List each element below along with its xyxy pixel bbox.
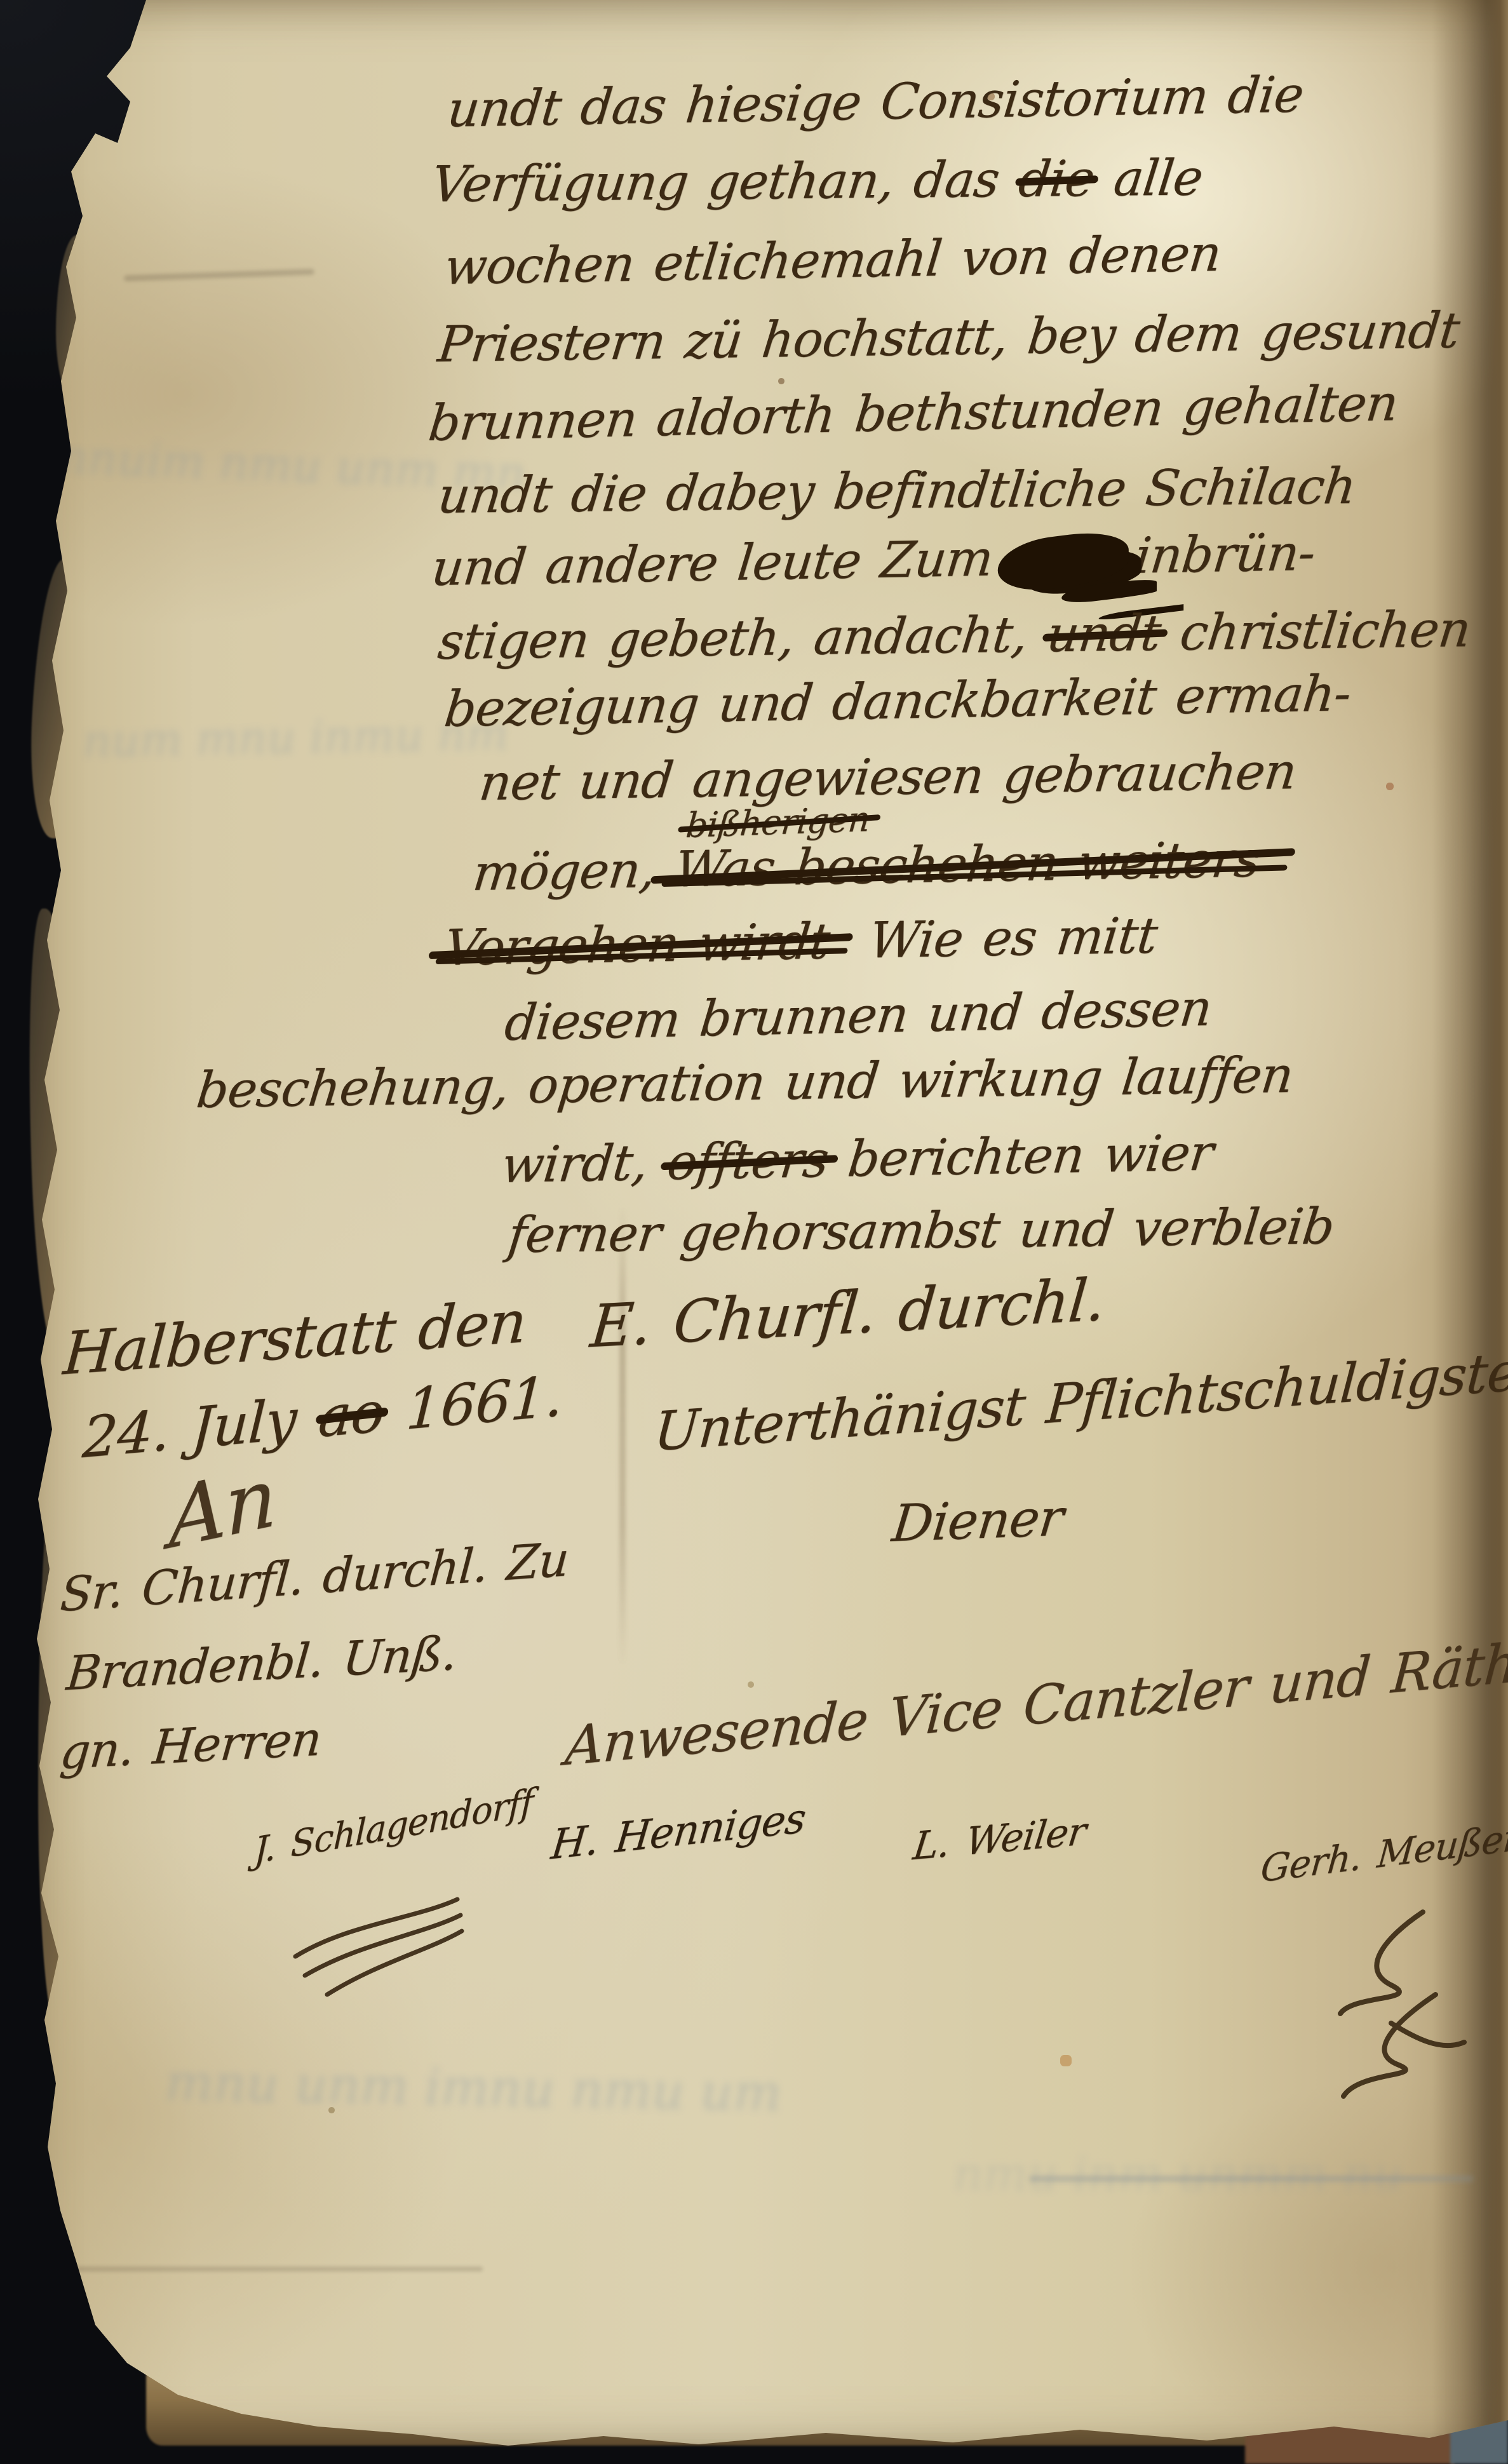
body-text: mögen, xyxy=(470,841,678,902)
struck-word: offters xyxy=(664,1131,831,1192)
signature: L. Weiler xyxy=(911,1809,1089,1869)
attendance-line: Anwesende Vice Cantzler und Räthe, xyxy=(563,1627,1508,1778)
signature-paraph xyxy=(289,1880,467,2001)
body-line: mögen, Was beschehen weiters xyxy=(470,831,1262,902)
manuscript-page: mnuim nmu unm mn num mnu inmu nm mnu unm… xyxy=(0,0,1508,2464)
body-line: undt das hiesige Consistorium die xyxy=(445,66,1306,138)
body-text: alle xyxy=(1091,149,1206,208)
body-line: bezeigung und danckbarkeit ermah- xyxy=(441,665,1353,738)
body-text: diesem brunnen und dessen xyxy=(502,980,1214,1052)
paper-specks xyxy=(0,0,3,3)
body-line: undt die dabey befindtliche Schilach xyxy=(435,458,1359,525)
signature: J. Schlagendorff xyxy=(253,1781,534,1873)
paper-crease xyxy=(619,1207,626,1664)
body-text: undt die dabey befindtliche Schilach xyxy=(435,458,1359,525)
body-text: Wie es mitt xyxy=(826,907,1159,970)
body-text: brunnen aldorth bethstunden gehalten xyxy=(426,375,1400,452)
date-text: 24. July xyxy=(81,1384,320,1471)
body-line: stigen gebeth, andacht, undt christliche… xyxy=(435,601,1473,671)
body-line: brunnen aldorth bethstunden gehalten xyxy=(426,375,1400,452)
struck-word: undt xyxy=(1044,605,1164,663)
body-line: Verfügung gethan, das die alle xyxy=(429,149,1206,213)
address-line: Brandenbl. Unß. xyxy=(64,1626,459,1702)
body-line: net und angewiesen gebrauchen xyxy=(476,743,1299,812)
struck-passage: Was beschehen weiters xyxy=(672,831,1262,898)
body-line: wirdt, offters berichten wier xyxy=(499,1124,1215,1194)
body-text: net und angewiesen gebrauchen xyxy=(476,743,1299,812)
ink-smudge xyxy=(76,2266,483,2272)
closing-salutation: E. Churfl. durchl. xyxy=(588,1265,1107,1361)
bleedthrough-text: nmu inm unmm nu xyxy=(953,2147,1403,2202)
body-text: stigen gebeth, andacht, xyxy=(435,606,1051,671)
body-line: Priestern zü hochstatt, bey dem gesundt xyxy=(435,302,1462,374)
body-line: beschehung, operation und wirkung lauffe… xyxy=(194,1047,1296,1119)
body-text: Priestern zü hochstatt, bey dem gesundt xyxy=(435,302,1462,374)
body-text: christlichen xyxy=(1157,601,1473,662)
body-text: bezeigung und danckbarkeit ermah- xyxy=(441,665,1353,738)
body-text: ferner gehorsambst und verbleib xyxy=(505,1198,1337,1264)
address-line: Sr. Churfl. durchl. Zu xyxy=(58,1532,570,1623)
signature: H. Henniges xyxy=(549,1794,807,1869)
body-text: wochen etlichemahl von denen xyxy=(441,226,1223,296)
struck-abbreviation: ao xyxy=(317,1378,386,1450)
struck-word: die xyxy=(1016,151,1097,208)
ink-blot xyxy=(998,527,1129,595)
body-line: wochen etlichemahl von denen xyxy=(441,226,1223,296)
body-text: beschehung, operation und wirkung lauffe… xyxy=(194,1047,1296,1119)
closing-diener: Diener xyxy=(889,1488,1066,1553)
body-text: inbrün- xyxy=(1132,525,1317,585)
body-line: diesem brunnen und dessen xyxy=(502,980,1214,1052)
body-line: ferner gehorsambst und verbleib xyxy=(505,1198,1337,1264)
closing-subscription: Unterthänigst Pflichtschuldigste xyxy=(652,1340,1508,1464)
photograph-background: mnuim nmu unm mn num mnu inmu nm mnu unm… xyxy=(0,0,1508,2464)
bleedthrough-text: mnu unm imnu nmu um xyxy=(165,2053,782,2123)
body-text: wirdt, xyxy=(499,1134,670,1194)
body-text: berichten wier xyxy=(825,1124,1216,1188)
body-line: Vorgehen wirdt Wie es mitt xyxy=(441,907,1159,977)
ink-smudge xyxy=(124,269,314,281)
body-line: und andere leute Zuminbrün- xyxy=(429,525,1317,598)
docket-mark: An xyxy=(166,1449,277,1568)
address-line: gn. Herren xyxy=(58,1711,323,1780)
body-text: und andere leute Zum xyxy=(429,530,995,598)
body-text: Verfügung gethan, das xyxy=(429,151,1022,213)
body-text: undt das hiesige Consistorium die xyxy=(445,66,1306,138)
signature-paraph xyxy=(1315,1906,1480,2109)
struck-passage: Vorgehen wirdt xyxy=(441,913,832,977)
date-text: 1661. xyxy=(382,1363,564,1444)
